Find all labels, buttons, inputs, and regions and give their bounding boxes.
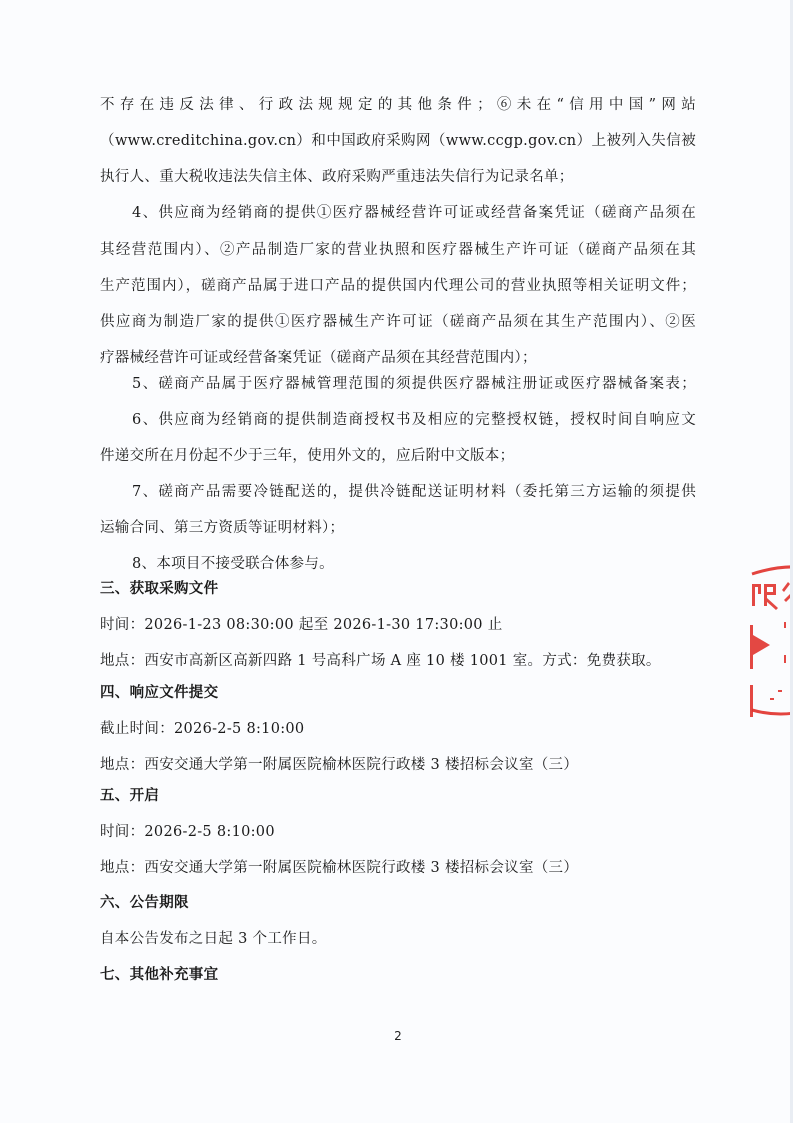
- section-heading-4: 四、响应文件提交: [100, 683, 218, 703]
- section-3-location: 地点：西安市高新区高新四路 1 号高科广场 A 座 10 楼 1001 室。方式…: [100, 651, 661, 671]
- item-4-line: 供应商为制造厂家的提供①医疗器械生产许可证（磋商产品须在其生产范围内）、②医: [100, 312, 696, 332]
- item-4-line: 其经营范围内）、②产品制造厂家的营业执照和医疗器械生产许可证（磋商产品须在其: [100, 240, 696, 260]
- item-4-line: 4、供应商为经销商的提供①医疗器械经营许可证或经营备案凭证（磋商产品须在: [132, 203, 696, 223]
- section-heading-3: 三、获取采购文件: [100, 579, 218, 599]
- section-heading-7: 七、其他补充事宜: [100, 965, 218, 985]
- page-number: 2: [390, 1029, 406, 1043]
- paragraph-line: （www.creditchina.gov.cn）和中国政府采购网（www.ccg…: [100, 131, 696, 151]
- section-heading-5: 五、开启: [100, 786, 159, 806]
- section-5-time: 时间：2026-2-5 8:10:00: [100, 822, 275, 842]
- section-3-time: 时间：2026-1-23 08:30:00 起至 2026-1-30 17:30…: [100, 615, 503, 635]
- item-7-line: 7、磋商产品需要冷链配送的，提供冷链配送证明材料（委托第三方运输的须提供: [132, 482, 696, 502]
- paragraph-line: 执行人、重大税收违法失信主体、政府采购严重违法失信行为记录名单；: [100, 167, 574, 187]
- item-6-line: 件递交所在月份起不少于三年，使用外文的，应后附中文版本；: [100, 446, 514, 466]
- item-6-line: 6、供应商为经销商的提供制造商授权书及相应的完整授权链，授权时间自响应文: [132, 410, 696, 430]
- section-5-location: 地点：西安交通大学第一附属医院榆林医院行政楼 3 楼招标会议室（三）: [100, 858, 578, 878]
- section-6-text: 自本公告发布之日起 3 个工作日。: [100, 929, 327, 949]
- item-7-line: 运输合同、第三方资质等证明材料）；: [100, 518, 344, 538]
- item-5: 5、磋商产品属于医疗器械管理范围的须提供医疗器械注册证或医疗器械备案表；: [132, 374, 696, 394]
- section-4-location: 地点：西安交通大学第一附属医院榆林医院行政楼 3 楼招标会议室（三）: [100, 755, 578, 775]
- document-page: 不存在违反法律、行政法规规定的其他条件；⑥未在“信用中国”网站 （www.cre…: [0, 0, 793, 1123]
- official-seal-stamp: [748, 560, 793, 720]
- section-heading-6: 六、公告期限: [100, 893, 189, 913]
- item-8: 8、本项目不接受联合体参与。: [132, 554, 334, 574]
- item-4-line: 疗器械经营许可证或经营备案凭证（磋商产品须在其经营范围内）；: [100, 348, 537, 368]
- section-4-deadline: 截止时间：2026-2-5 8:10:00: [100, 719, 304, 739]
- paragraph-line: 不存在违反法律、行政法规规定的其他条件；⑥未在“信用中国”网站: [100, 95, 696, 115]
- item-4-line: 生产范围内），磋商产品属于进口产品的提供国内代理公司的营业执照等相关证明文件；: [100, 276, 696, 296]
